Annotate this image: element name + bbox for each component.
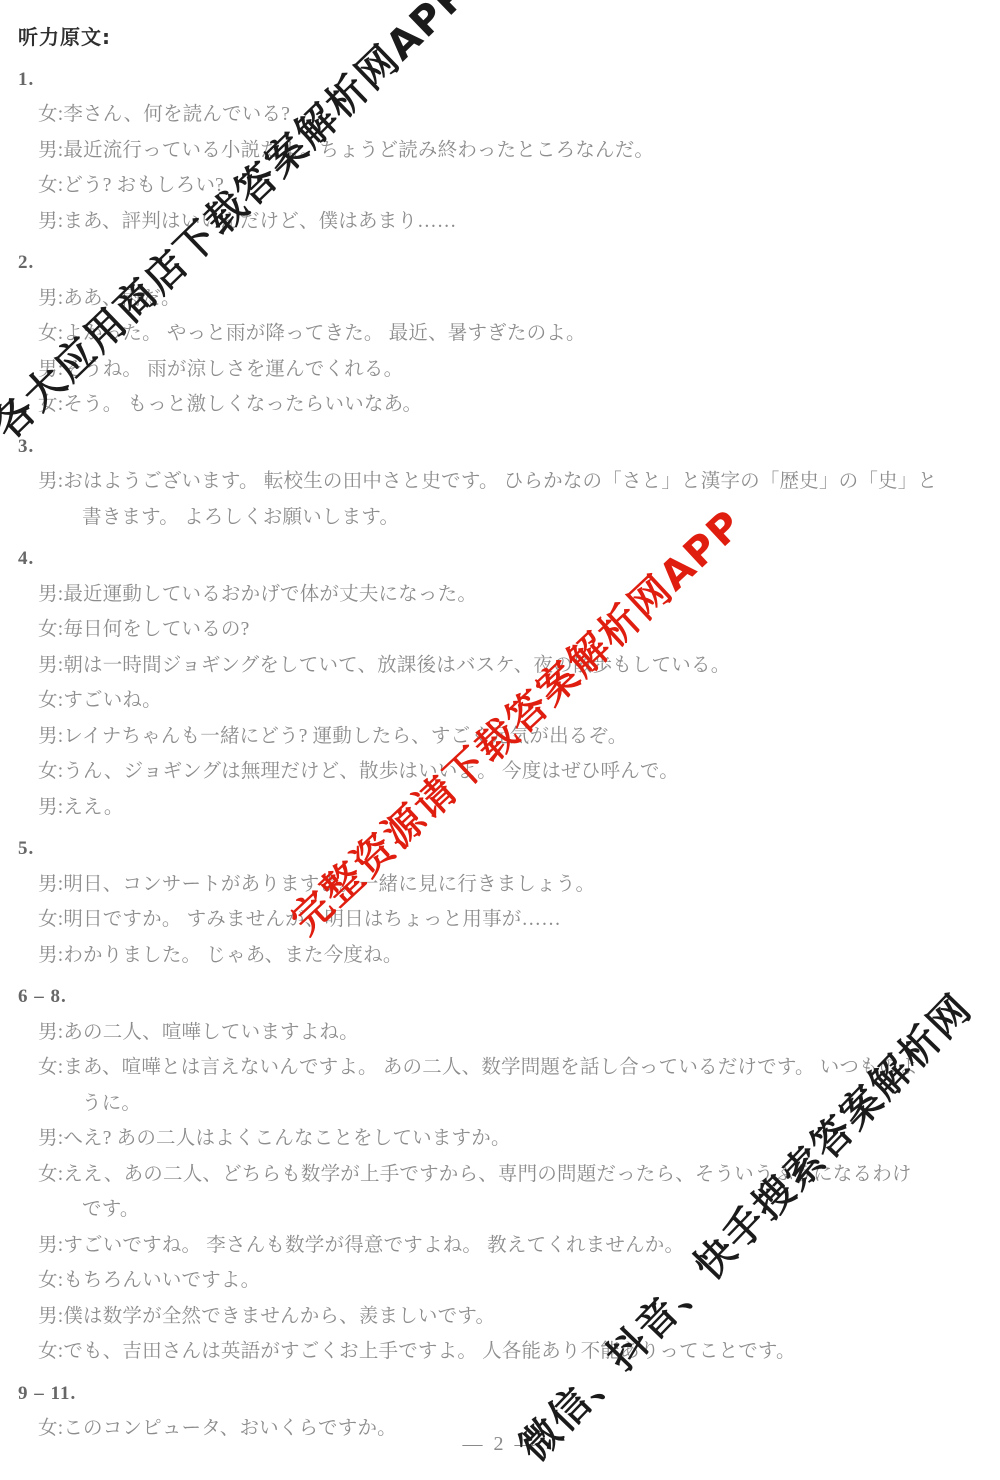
dialogue-line: 女:よかった。 やっと雨が降ってきた。 最近、暑すぎたのよ。 <box>38 316 1000 352</box>
dialogue-line: 男:すごいですね。 李さんも数学が得意ですよね。 教えてくれませんか。 <box>38 1228 1000 1264</box>
dialogue-line: 女:明日ですか。 すみませんが、明日はちょっと用事が…… <box>38 902 1000 938</box>
dialogue-line: 女:李さん、何を読んでいる? <box>38 97 1000 133</box>
section-number: 4. <box>18 541 1000 577</box>
dialogue-line: 男:ええ。 <box>38 790 1000 826</box>
dialogue-line: うに。 <box>82 1086 1000 1122</box>
dialogue-line: 女:すごいね。 <box>38 683 1000 719</box>
dialogue-line: 女:でも、吉田さんは英語がすごくお上手ですよ。 人各能あり不能ありってことです。 <box>38 1334 1000 1370</box>
dialogue-line: 男:最近運動しているおかげで体が丈夫になった。 <box>38 577 1000 613</box>
dialogue-line: 男:僕は数学が全然できませんから、羨ましいです。 <box>38 1299 1000 1335</box>
dialogue-line: 女:毎日何をしているの? <box>38 612 1000 648</box>
dialogue-line: 女:ええ、あの二人、どちらも数学が上手ですから、専門の問題だったら、そういうふう… <box>38 1157 1000 1193</box>
page: 听力原文: 1.女:李さん、何を読んでいる?男:最近流行っている小説だよ。ちょう… <box>0 0 1000 1480</box>
dialogue-line: 男:最近流行っている小説だよ。ちょうど読み終わったところなんだ。 <box>38 133 1000 169</box>
section-number: 5. <box>18 831 1000 867</box>
section-number: 3. <box>18 429 1000 465</box>
dialogue-line: です。 <box>82 1192 1000 1228</box>
dialogue-line: 男:あの二人、喧嘩していますよね。 <box>38 1015 1000 1051</box>
dialogue-line: 男:まあ、評判はいいんだけど、僕はあまり…… <box>38 204 1000 240</box>
dialogue-line: 男:わかりました。 じゃあ、また今度ね。 <box>38 938 1000 974</box>
dialogue-line: 男:明日、コンサートがありますよ。一緒に見に行きましょう。 <box>38 867 1000 903</box>
page-title: 听力原文: <box>18 20 1000 56</box>
dialogue-line: 男:おはようございます。 転校生の田中さと史です。 ひらかなの「さと」と漢字の「… <box>38 464 1000 500</box>
dialogue-line: 女:もちろんいいですよ。 <box>38 1263 1000 1299</box>
dialogue-line: 男:レイナちゃんも一緒にどう? 運動したら、すごく元気が出るぞ。 <box>38 719 1000 755</box>
dialogue-line: 女:どう? おもしろい? <box>38 168 1000 204</box>
dialogue-line: 女:うん、ジョギングは無理だけど、散歩はいいよ。 今度はぜひ呼んで。 <box>38 754 1000 790</box>
section-number: 9 – 11. <box>18 1376 1000 1412</box>
dialogue-line: 女:そう。 もっと激しくなったらいいなあ。 <box>38 387 1000 423</box>
section-number: 1. <box>18 62 1000 98</box>
dialogue-line: 女:まあ、喧嘩とは言えないんですよ。 あの二人、数学問題を話し合っているだけです… <box>38 1050 1000 1086</box>
dialogue-line: 男:朝は一時間ジョギングをしていて、放課後はバスケ、夜の散歩もしている。 <box>38 648 1000 684</box>
dialogue-line: 書きます。 よろしくお願いします。 <box>82 500 1000 536</box>
page-number: — 2 — <box>0 1430 1000 1458</box>
section-number: 6 – 8. <box>18 979 1000 1015</box>
section-number: 2. <box>18 245 1000 281</box>
dialogue-line: 男:そうね。 雨が涼しさを運んでくれる。 <box>38 352 1000 388</box>
transcript: 听力原文: 1.女:李さん、何を読んでいる?男:最近流行っている小説だよ。ちょう… <box>0 20 1000 1447</box>
transcript-sections: 1.女:李さん、何を読んでいる?男:最近流行っている小説だよ。ちょうど読み終わっ… <box>0 62 1000 1447</box>
dialogue-line: 男:ああ、雨だ。 <box>38 281 1000 317</box>
dialogue-line: 男:へえ? あの二人はよくこんなことをしていますか。 <box>38 1121 1000 1157</box>
